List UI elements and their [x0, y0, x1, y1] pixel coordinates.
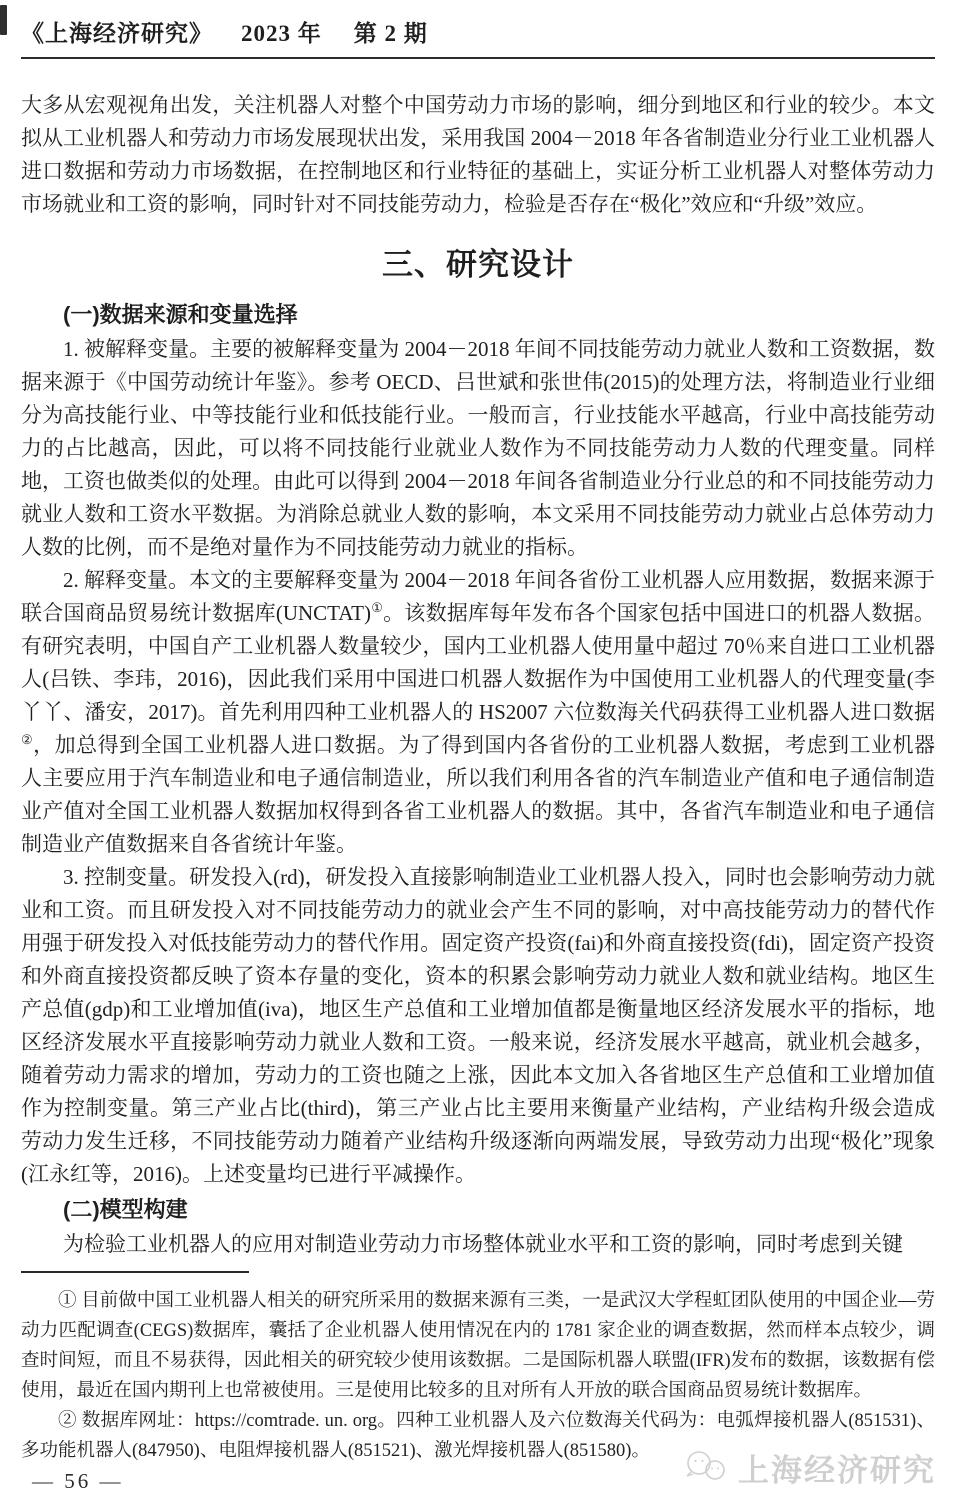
- paragraph-model: 为检验工业机器人的应用对制造业劳动力市场整体就业水平和工资的影响，同时考虑到关键: [21, 1228, 935, 1261]
- journal-title: 《上海经济研究》: [21, 21, 213, 46]
- footnote-divider: [21, 1271, 249, 1273]
- section-title: 三、研究设计: [21, 239, 935, 284]
- page-number: — 56 —: [32, 1469, 124, 1494]
- watermark-bubbles-icon: [684, 1449, 730, 1487]
- journal-page: 《上海经济研究》2023 年第 2 期 大多从宏观视角出发，关注机器人对整个中国…: [0, 0, 956, 1506]
- journal-year: 2023 年: [241, 21, 322, 46]
- paragraph-explanatory-variable: 2. 解释变量。本文的主要解释变量为 2004－2018 年间各省份工业机器人应…: [21, 564, 935, 861]
- subsection-heading-2: (二)模型构建: [21, 1193, 935, 1226]
- subsection-heading-1: (一)数据来源和变量选择: [21, 298, 935, 331]
- intro-paragraph: 大多从宏观视角出发，关注机器人对整个中国劳动力市场的影响，细分到地区和行业的较少…: [21, 89, 935, 221]
- article-body: 大多从宏观视角出发，关注机器人对整个中国劳动力市场的影响，细分到地区和行业的较少…: [21, 89, 935, 1261]
- journal-watermark: 上海经济研究: [684, 1445, 936, 1490]
- watermark-text: 上海经济研究: [738, 1445, 936, 1490]
- paragraph-control-variable: 3. 控制变量。研发投入(rd)，研发投入直接影响制造业工业机器人投入，同时也会…: [21, 861, 935, 1191]
- paragraph-dependent-variable: 1. 被解释变量。主要的被解释变量为 2004－2018 年间不同技能劳动力就业…: [21, 333, 935, 564]
- scan-artifact: [0, 5, 7, 35]
- footnote-1: ① 目前做中国工业机器人相关的研究所采用的数据来源有三类，一是武汉大学程虹团队使…: [21, 1286, 935, 1406]
- page-header: 《上海经济研究》2023 年第 2 期: [21, 0, 935, 48]
- footnote-area: ① 目前做中国工业机器人相关的研究所采用的数据来源有三类，一是武汉大学程虹团队使…: [21, 1271, 935, 1466]
- header-divider: [21, 57, 935, 59]
- journal-issue: 第 2 期: [354, 21, 428, 46]
